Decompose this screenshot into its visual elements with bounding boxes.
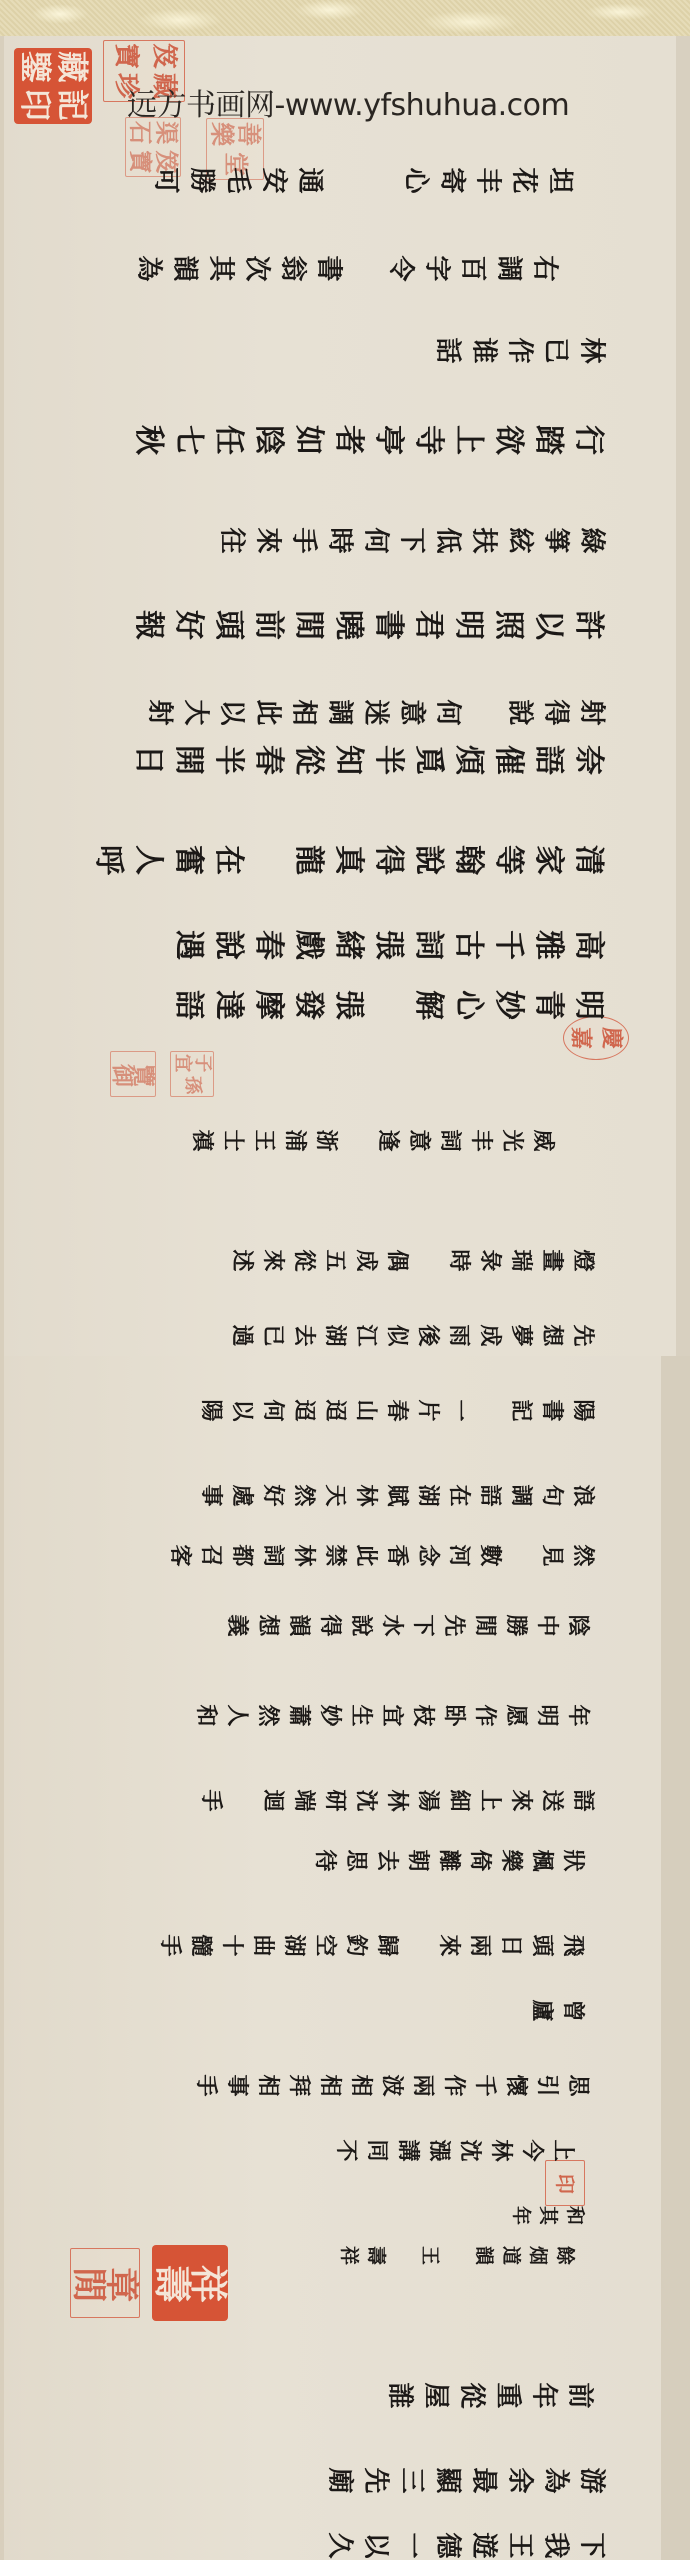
calligraphy-character: 浪 (569, 1480, 600, 1511)
calligraphy-character: 丰 (467, 1125, 498, 1156)
calligraphy-character: 閒 (290, 605, 334, 645)
calligraphy-character: 禁 (321, 1540, 352, 1571)
calligraphy-character: 寺 (410, 420, 454, 460)
calligraphy-character: 然 (569, 1540, 600, 1571)
calligraphy-character: 逢 (374, 1125, 405, 1156)
calligraphy-character: 湖 (414, 1480, 445, 1511)
calligraphy-character: 奮 (170, 840, 214, 880)
calligraphy-character: 壽 (364, 2242, 391, 2269)
calligraphy-character: 報 (130, 605, 174, 645)
calligraphy-character: 往 (216, 522, 253, 558)
calligraphy-character: 先 (569, 1320, 600, 1351)
calligraphy-character (346, 1125, 372, 1156)
calligraphy-character: 飛 (559, 1930, 590, 1961)
calligraphy-character: 在 (210, 840, 254, 880)
calligraphy-character: 相 (254, 2070, 285, 2101)
calligraphy-character: 似 (383, 1320, 414, 1351)
calligraphy-character: 意 (405, 1125, 436, 1156)
calligraphy-character: 然 (254, 1700, 285, 1731)
calligraphy-character: 任 (210, 420, 254, 460)
calligraphy-character: 翰 (450, 840, 494, 880)
calligraphy-character: 解 (410, 985, 454, 1025)
calligraphy-character: 雨 (445, 1320, 476, 1351)
calligraphy-character: 先 (440, 1610, 471, 1641)
calligraphy-character: 翁 (277, 250, 314, 286)
calligraphy-character: 一 (445, 1395, 476, 1426)
calligraphy-character: 花 (508, 162, 545, 198)
calligraphy-character: 道 (499, 2242, 526, 2269)
calligraphy-character: 一 (396, 2527, 433, 2560)
calligraphy-character: 詞 (259, 1540, 290, 1571)
calligraphy-character (352, 250, 382, 286)
calligraphy-character: 引 (533, 2070, 564, 2101)
calligraphy-character: 勝 (186, 162, 223, 198)
calligraphy-character: 為 (540, 2462, 577, 2498)
calligraphy-column: 陽書記 一片春山迢迢何以陽 (197, 1390, 600, 1430)
calligraphy-column: 綠箏絃扶低下何時手來往 (216, 520, 612, 560)
calligraphy-character: 龍 (290, 840, 334, 880)
calligraphy-column: 游為余最顯三先廟 (324, 2460, 612, 2500)
calligraphy-character: 年 (564, 1700, 595, 1731)
calligraphy-character: 許 (570, 605, 614, 645)
seal-character: 嘉 (570, 1023, 592, 1054)
calligraphy-character: 曾 (559, 1995, 590, 2026)
calligraphy-character: 屋 (420, 2377, 457, 2413)
calligraphy-character: 雅 (530, 925, 574, 965)
calligraphy-column: 語送來上細湯林沈研端迴 手 (197, 1780, 600, 1820)
calligraphy-character: 陰 (564, 1610, 595, 1641)
calligraphy-character: 為 (133, 250, 170, 286)
seal-character: 記 (56, 86, 88, 123)
calligraphy-character: 余 (504, 2462, 541, 2498)
calligraphy-character: 此 (352, 1540, 383, 1571)
calligraphy-character: 意 (396, 694, 433, 730)
calligraphy-character: 歸 (373, 1930, 404, 1961)
calligraphy-character: 此 (252, 694, 289, 730)
calligraphy-column: 明青妙心解 張發摩達語 (172, 985, 612, 1025)
calligraphy-character: 夢 (507, 1320, 538, 1351)
calligraphy-character: 明 (450, 605, 494, 645)
calligraphy-character: 語 (569, 1785, 600, 1816)
calligraphy-character: 沈 (456, 2135, 487, 2166)
calligraphy-character: 空 (311, 1930, 342, 1961)
calligraphy-character: 大 (180, 694, 217, 730)
calligraphy-character: 韻 (169, 250, 206, 286)
calligraphy-character: 祥 (337, 2242, 364, 2269)
seal-character: 寶 (128, 149, 151, 175)
calligraphy-character: 江 (352, 1320, 383, 1351)
calligraphy-character: 韻 (285, 1610, 316, 1641)
calligraphy-character: 浦 (281, 1125, 312, 1156)
calligraphy-character: 宜 (378, 1700, 409, 1731)
calligraphy-character: 調 (507, 1480, 538, 1511)
calligraphy-column: 浪句調語在湖賦林天然好處事 (197, 1475, 600, 1515)
calligraphy-character: 義 (223, 1610, 254, 1641)
calligraphy-character: 何 (259, 1395, 290, 1426)
calligraphy-character: 相 (347, 2070, 378, 2101)
seal-character: 孫 (183, 1075, 201, 1095)
calligraphy-character: 湖 (280, 1930, 311, 1961)
calligraphy-character: 坦 (544, 162, 581, 198)
calligraphy-character: 客 (166, 1540, 197, 1571)
calligraphy-character (448, 2242, 470, 2269)
calligraphy-character: 踏 (530, 420, 574, 460)
seal-stamp: 宜子孫 (170, 1051, 214, 1097)
calligraphy-character: 遇 (170, 925, 214, 965)
seal-character: 覽 (132, 1063, 155, 1084)
seal-character: 慶 (600, 1023, 622, 1054)
calligraphy-character: 召 (197, 1540, 228, 1571)
calligraphy-character: 想 (538, 1320, 569, 1351)
calligraphy-character: 說 (347, 1610, 378, 1641)
calligraphy-character: 說 (210, 925, 254, 965)
calligraphy-character: 迷 (360, 694, 397, 730)
calligraphy-character: 調 (493, 250, 530, 286)
calligraphy-character: 箏 (540, 522, 577, 558)
calligraphy-character: 待 (311, 1845, 342, 1876)
calligraphy-character: 語 (476, 1480, 507, 1511)
calligraphy-character: 調 (324, 694, 361, 730)
calligraphy-character: 催 (490, 740, 534, 780)
calligraphy-character: 百 (457, 250, 494, 286)
calligraphy-column: 狀楓樂倚離朝去思待 (311, 1840, 590, 1880)
calligraphy-character: 古 (450, 925, 494, 965)
calligraphy-character: 倚 (466, 1845, 497, 1876)
seal-character: 祥 (189, 2265, 227, 2301)
calligraphy-character: 都 (228, 1540, 259, 1571)
calligraphy-character: 青 (530, 985, 574, 1025)
calligraphy-column: 行踏欲上寺亭者如陰任七秋 (132, 420, 612, 460)
calligraphy-character: 來 (507, 1785, 538, 1816)
calligraphy-column: 奈語催煩覓半知從春半開日 (132, 740, 612, 780)
calligraphy-character: 事 (223, 2070, 254, 2101)
calligraphy-character: 話 (432, 332, 469, 368)
seal-stamp: 閒章 (70, 2248, 140, 2318)
calligraphy-character: 綠 (576, 522, 613, 558)
seal-character: 樂 (209, 121, 233, 148)
calligraphy-character (479, 1395, 505, 1426)
calligraphy-character: 來 (435, 1930, 466, 1961)
calligraphy-character: 後 (414, 1320, 445, 1351)
calligraphy-character: 迢 (321, 1395, 352, 1426)
calligraphy-character: 德 (432, 2527, 469, 2560)
calligraphy-column: 許以照明君書曉閒前頭好報 (132, 605, 612, 645)
calligraphy-character: 欲 (490, 420, 534, 460)
calligraphy-character: 以 (360, 2527, 397, 2560)
calligraphy-character: 遊 (468, 2527, 505, 2560)
calligraphy-character: 詞 (436, 1125, 467, 1156)
calligraphy-character: 手 (197, 1785, 228, 1816)
calligraphy-character: 何 (432, 694, 469, 730)
calligraphy-character: 高 (570, 925, 614, 965)
calligraphy-column: 思引懷千作兩波相相拜相事手 (192, 2065, 595, 2105)
calligraphy-character (375, 985, 410, 1025)
calligraphy-character: 真 (330, 840, 374, 880)
calligraphy-character: 谁 (468, 332, 505, 368)
calligraphy-character: 不 (332, 2135, 363, 2166)
calligraphy-character: 蕭 (285, 1700, 316, 1731)
calligraphy-character: 摩 (250, 985, 294, 1025)
calligraphy-character: 枝 (409, 1700, 440, 1731)
calligraphy-character: 三 (396, 2462, 433, 2498)
calligraphy-character: 重 (492, 2377, 529, 2413)
calligraphy-character: 禛 (188, 1125, 219, 1156)
calligraphy-character: 低 (432, 522, 469, 558)
calligraphy-character: 送 (538, 1785, 569, 1816)
calligraphy-character: 好 (170, 605, 214, 645)
calligraphy-character: 書 (370, 605, 414, 645)
calligraphy-character (471, 694, 501, 730)
calligraphy-character: 曲 (249, 1930, 280, 1961)
calligraphy-column: 曾廬 (528, 1990, 590, 2030)
calligraphy-character: 思 (342, 1845, 373, 1876)
calligraphy-character: 毛 (222, 162, 259, 198)
calligraphy-column: 陰中勝閒先下水說得韻想義 (223, 1605, 595, 1645)
calligraphy-character: 述 (228, 1245, 259, 1276)
calligraphy-character: 林 (290, 1540, 321, 1571)
calligraphy-character: 前 (564, 2377, 601, 2413)
calligraphy-character: 彔 (476, 1245, 507, 1276)
seal-character: 鑒 (18, 48, 50, 85)
calligraphy-character: 得 (540, 694, 577, 730)
calligraphy-character: 作 (440, 2070, 471, 2101)
calligraphy-character: 射 (576, 694, 613, 730)
calligraphy-character: 從 (456, 2377, 493, 2413)
calligraphy-character: 心 (450, 985, 494, 1025)
calligraphy-character: 迴 (259, 1785, 290, 1816)
calligraphy-character: 廟 (324, 2462, 361, 2498)
seal-character: 子 (193, 1053, 211, 1073)
calligraphy-character: 發 (290, 985, 334, 1025)
calligraphy-character: 者 (330, 420, 374, 460)
calligraphy-column: 下我王遊德一以久 (324, 2525, 612, 2560)
calligraphy-character: 賦 (383, 1480, 414, 1511)
calligraphy-character: 王 (504, 2527, 541, 2560)
calligraphy-character: 七 (170, 420, 214, 460)
calligraphy-character: 人 (130, 840, 174, 880)
calligraphy-character: 在 (445, 1480, 476, 1511)
calligraphy-character: 天 (321, 1480, 352, 1511)
calligraphy-character: 林 (576, 332, 613, 368)
calligraphy-character: 樂 (497, 1845, 528, 1876)
calligraphy-character: 呼 (90, 840, 134, 880)
calligraphy-character: 照 (490, 605, 534, 645)
calligraphy-character: 半 (370, 740, 414, 780)
calligraphy-character: 已 (540, 332, 577, 368)
calligraphy-character: 烟 (526, 2242, 553, 2269)
calligraphy-character: 詞 (410, 925, 454, 965)
site-watermark: 远方书画网-www.yfshuhua.com (127, 80, 569, 124)
calligraphy-character: 林 (487, 2135, 518, 2166)
calligraphy-character: 射 (144, 694, 181, 730)
calligraphy-character: 頭 (528, 1930, 559, 1961)
calligraphy-character: 年 (509, 2202, 536, 2229)
calligraphy-column: 通安毛勝可 (150, 160, 330, 200)
calligraphy-character: 行 (570, 420, 614, 460)
calligraphy-character: 上 (476, 1785, 507, 1816)
calligraphy-column: 坦花丰寄心 (400, 160, 580, 200)
calligraphy-character: 游 (576, 2462, 613, 2498)
calligraphy-character: 頭 (210, 605, 254, 645)
calligraphy-character: 威 (529, 1125, 560, 1156)
seal-character: 宜 (173, 1053, 191, 1073)
calligraphy-column: 年明愿作卧枝宜生妙蕭然人和 (192, 1695, 595, 1735)
calligraphy-character: 知 (330, 740, 374, 780)
calligraphy-character: 其 (536, 2202, 563, 2229)
calligraphy-character: 然 (290, 1480, 321, 1511)
calligraphy-character: 覓 (410, 740, 454, 780)
calligraphy-character: 妙 (316, 1700, 347, 1731)
calligraphy-character: 上 (450, 420, 494, 460)
calligraphy-column: 右調百字令 書翁次其韻為 (133, 248, 565, 288)
calligraphy-character: 下 (409, 1610, 440, 1641)
mount-right-edge (676, 36, 690, 1356)
calligraphy-character (231, 1785, 257, 1816)
calligraphy-character: 春 (383, 1395, 414, 1426)
calligraphy-character: 愿 (502, 1700, 533, 1731)
calligraphy-character: 今 (518, 2135, 549, 2166)
calligraphy-column: 前年重從屋誰 (384, 2375, 600, 2415)
calligraphy-character: 來 (259, 1245, 290, 1276)
calligraphy-character: 君 (410, 605, 454, 645)
calligraphy-character: 湖 (321, 1320, 352, 1351)
seal-stamp: 鑒藏印記 (14, 48, 92, 124)
calligraphy-character: 寄 (436, 162, 473, 198)
calligraphy-character: 何 (360, 522, 397, 558)
calligraphy-character: 人 (223, 1700, 254, 1731)
calligraphy-character: 手 (156, 1930, 187, 1961)
calligraphy-character: 明 (533, 1700, 564, 1731)
calligraphy-character: 心 (400, 162, 437, 198)
calligraphy-character: 日 (130, 740, 174, 780)
calligraphy-character: 王 (418, 2242, 445, 2269)
calligraphy-character: 達 (210, 985, 254, 1025)
calligraphy-character: 細 (445, 1785, 476, 1816)
calligraphy-character: 張 (330, 985, 374, 1025)
calligraphy-character: 日 (497, 1930, 528, 1961)
seal-stamp: 御覽 (110, 1051, 156, 1097)
calligraphy-character: 事 (197, 1480, 228, 1511)
calligraphy-character: 安 (258, 162, 295, 198)
seal-stamp: 壽祥 (152, 2245, 228, 2321)
calligraphy-character (255, 840, 290, 880)
calligraphy-character: 浙 (312, 1125, 343, 1156)
calligraphy-character: 最 (468, 2462, 505, 2498)
calligraphy-column: 上今林沈漲講同不 (332, 2130, 580, 2170)
calligraphy-character: 念 (414, 1540, 445, 1571)
calligraphy-character: 次 (241, 250, 278, 286)
calligraphy-character: 手 (192, 2070, 223, 2101)
seal-character: 印 (18, 86, 50, 123)
calligraphy-character: 離 (435, 1845, 466, 1876)
calligraphy-character: 卧 (440, 1700, 471, 1731)
calligraphy-character: 先 (360, 2462, 397, 2498)
calligraphy-character: 見 (538, 1540, 569, 1571)
calligraphy-column: 威光丰詞意逢 浙浦王士禛 (188, 1120, 560, 1160)
calligraphy-character: 可 (150, 162, 187, 198)
calligraphy-character: 丰 (472, 162, 509, 198)
calligraphy-character: 緒 (330, 925, 374, 965)
calligraphy-character: 朝 (404, 1845, 435, 1876)
calligraphy-character: 說 (410, 840, 454, 880)
calligraphy-character: 千 (490, 925, 534, 965)
calligraphy-character: 張 (370, 925, 414, 965)
seal-character: 藏 (56, 48, 88, 85)
calligraphy-character (510, 1540, 536, 1571)
calligraphy-character: 絃 (504, 522, 541, 558)
calligraphy-character: 去 (373, 1845, 404, 1876)
calligraphy-character: 十 (218, 1930, 249, 1961)
calligraphy-column: 和其年 (509, 2195, 590, 2235)
calligraphy-character (407, 1930, 433, 1961)
calligraphy-character: 處 (228, 1480, 259, 1511)
calligraphy-character: 瑞 (507, 1245, 538, 1276)
calligraphy-character: 髓 (187, 1930, 218, 1961)
calligraphy-character: 研 (321, 1785, 352, 1816)
calligraphy-character: 千 (471, 2070, 502, 2101)
calligraphy-character (417, 1245, 443, 1276)
calligraphy-character: 林 (352, 1480, 383, 1511)
calligraphy-character: 陰 (250, 420, 294, 460)
calligraphy-character: 以 (216, 694, 253, 730)
calligraphy-character: 片 (414, 1395, 445, 1426)
calligraphy-character: 思 (564, 2070, 595, 2101)
calligraphy-character: 燈 (569, 1245, 600, 1276)
calligraphy-character: 餘 (553, 2242, 580, 2269)
calligraphy-character: 作 (471, 1700, 502, 1731)
calligraphy-character: 水 (378, 1610, 409, 1641)
calligraphy-character: 過 (228, 1320, 259, 1351)
calligraphy-character: 時 (445, 1245, 476, 1276)
calligraphy-character: 明 (570, 985, 614, 1025)
calligraphy-character: 字 (421, 250, 458, 286)
calligraphy-character: 家 (530, 840, 574, 880)
calligraphy-character: 等 (490, 840, 534, 880)
calligraphy-character: 語 (530, 740, 574, 780)
calligraphy-character: 楓 (528, 1845, 559, 1876)
calligraphy-character: 扶 (468, 522, 505, 558)
calligraphy-character: 記 (507, 1395, 538, 1426)
calligraphy-character: 山 (352, 1395, 383, 1426)
calligraphy-character: 來 (252, 522, 289, 558)
calligraphy-column: 飛頭日兩來 歸釣空湖曲十髓手 (156, 1925, 590, 1965)
seal-character: 章 (104, 2267, 139, 2300)
paper-left-edge (0, 36, 4, 2560)
calligraphy-character: 陽 (569, 1395, 600, 1426)
calligraphy-character: 作 (504, 332, 541, 368)
calligraphy-character: 中 (533, 1610, 564, 1641)
calligraphy-character: 沈 (352, 1785, 383, 1816)
calligraphy-character: 士 (219, 1125, 250, 1156)
calligraphy-column: 清家等翰說得真龍 在奮人呼 (92, 840, 612, 880)
calligraphy-character: 曉 (330, 605, 374, 645)
calligraphy-character: 懷 (502, 2070, 533, 2101)
calligraphy-column: 林已作谁話 (432, 330, 612, 370)
calligraphy-character: 清 (570, 840, 614, 880)
calligraphy-character: 從 (290, 740, 334, 780)
calligraphy-character: 以 (228, 1395, 259, 1426)
silk-mount-border (0, 0, 690, 37)
calligraphy-character: 廬 (528, 1995, 559, 2026)
calligraphy-character (394, 2242, 416, 2269)
calligraphy-character: 兩 (409, 2070, 440, 2101)
calligraphy-character: 下 (576, 2527, 613, 2560)
calligraphy-character: 拜 (285, 2070, 316, 2101)
calligraphy-character: 令 (385, 250, 422, 286)
calligraphy-character: 同 (363, 2135, 394, 2166)
seal-character: 善 (236, 121, 260, 148)
calligraphy-character: 畫 (538, 1245, 569, 1276)
